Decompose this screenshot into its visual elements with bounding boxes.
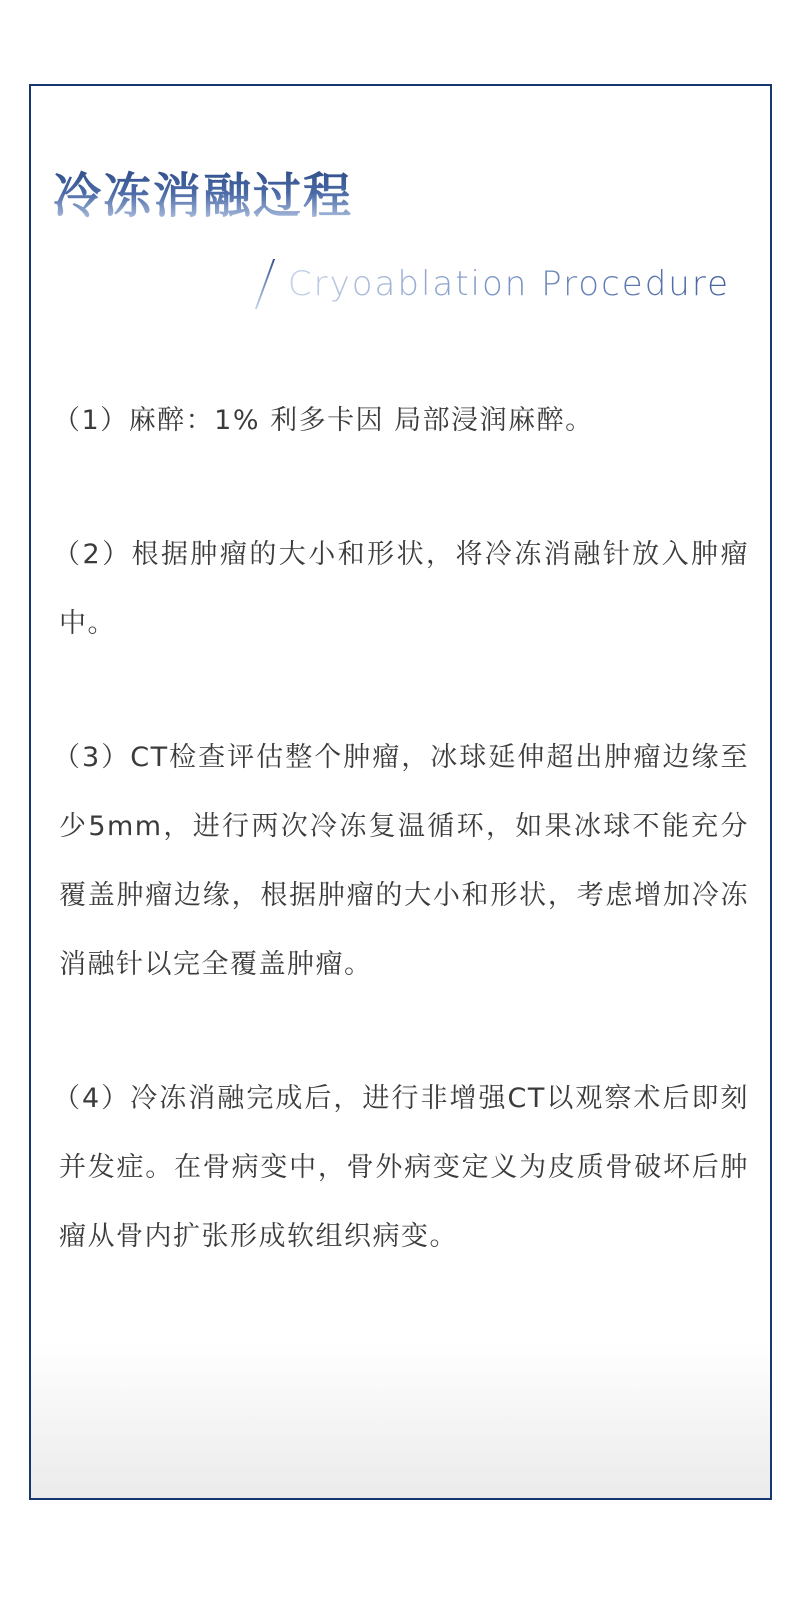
step-text: 麻醉：1% 利多卡因 局部浸润麻醉。 (129, 405, 594, 436)
step-number: （3） (53, 742, 130, 773)
slash-divider-icon (255, 259, 275, 309)
subtitle-group: Cryoablation Procedure (264, 254, 730, 314)
step-2: （2）根据肿瘤的大小和形状，将冷冻消融针放入肿瘤中。 (59, 520, 749, 658)
step-3: （3）CT检查评估整个肿瘤，冰球延伸超出肿瘤边缘至少5mm，进行两次冷冻复温循环… (59, 723, 749, 999)
step-number: （2） (53, 539, 132, 570)
step-1: （1）麻醉：1% 利多卡因 局部浸润麻醉。 (59, 386, 749, 455)
step-number: （4） (53, 1083, 130, 1114)
page-subtitle: Cryoablation Procedure (288, 254, 730, 314)
step-number: （1） (53, 405, 129, 436)
procedure-card: 冷冻消融过程 Cryoablation Procedure （1）麻醉：1% 利… (29, 84, 772, 1500)
step-text: 冷冻消融完成后，进行非增强CT以观察术后即刻并发症。在骨病变中，骨外病变定义为皮… (59, 1083, 749, 1252)
step-4: （4）冷冻消融完成后，进行非增强CT以观察术后即刻并发症。在骨病变中，骨外病变定… (59, 1064, 749, 1271)
step-text: 根据肿瘤的大小和形状，将冷冻消融针放入肿瘤中。 (59, 539, 749, 639)
step-text: CT检查评估整个肿瘤，冰球延伸超出肿瘤边缘至少5mm，进行两次冷冻复温循环，如果… (59, 742, 749, 980)
page-title: 冷冻消融过程 (53, 166, 353, 226)
procedure-steps: （1）麻醉：1% 利多卡因 局部浸润麻醉。 （2）根据肿瘤的大小和形状，将冷冻消… (59, 386, 749, 1336)
